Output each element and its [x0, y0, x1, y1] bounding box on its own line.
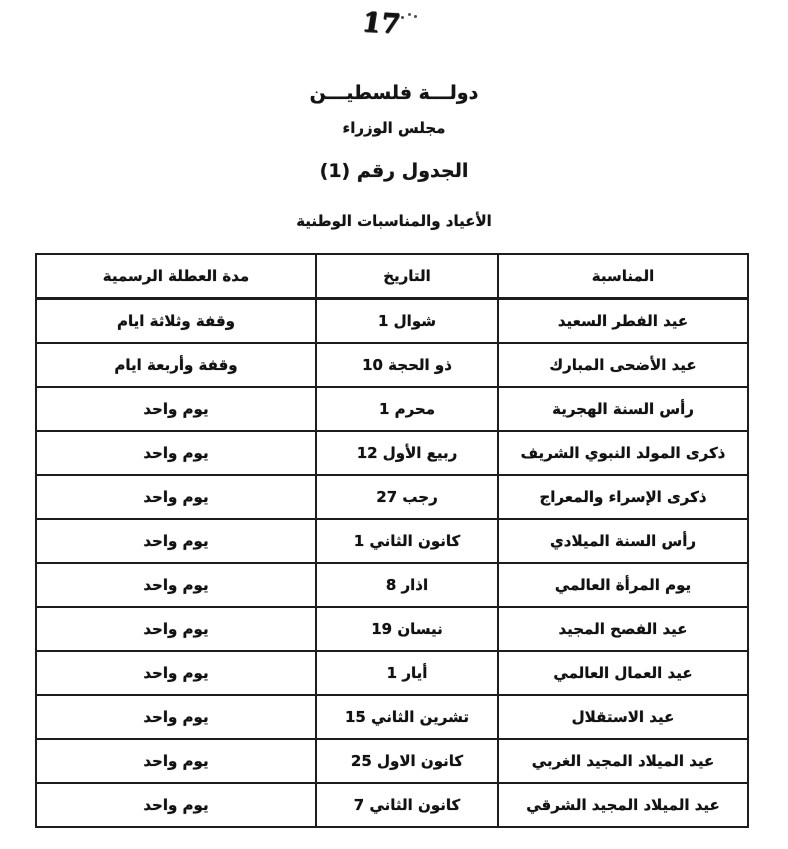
duration-cell: يوم واحد	[36, 475, 316, 519]
occasion-cell: عيد الأضحى المبارك	[498, 343, 748, 387]
page-number-mark: 17	[360, 7, 402, 40]
duration-cell: يوم واحد	[36, 563, 316, 607]
date-cell: 8 اذار	[316, 563, 498, 607]
table-header-row: المناسبة التاريخ مدة العطلة الرسمية	[36, 254, 748, 299]
col-header-date: التاريخ	[316, 254, 498, 299]
date-cell: 19 نيسان	[316, 607, 498, 651]
duration-cell: يوم واحد	[36, 739, 316, 783]
duration-cell: وقفة وأربعة ايام	[36, 343, 316, 387]
table-row: يوم المرأة العالمي 8 اذار يوم واحد	[36, 563, 748, 607]
occasion-cell: ذكرى الإسراء والمعراج	[498, 475, 748, 519]
col-header-duration: مدة العطلة الرسمية	[36, 254, 316, 299]
state-title: دولـــة فلسطيـــن	[0, 82, 788, 104]
scanned-document-page: 17 دولـــة فلسطيـــن مجلس الوزراء الجدول…	[0, 0, 788, 849]
occasion-cell: عيد الفطر السعيد	[498, 299, 748, 344]
duration-cell: يوم واحد	[36, 431, 316, 475]
occasion-cell: رأس السنة الميلادي	[498, 519, 748, 563]
date-cell: 1 أيار	[316, 651, 498, 695]
occasion-cell: رأس السنة الهجرية	[498, 387, 748, 431]
table-row: عيد الاستقلال 15 تشرين الثاني يوم واحد	[36, 695, 748, 739]
table-row: عيد العمال العالمي 1 أيار يوم واحد	[36, 651, 748, 695]
table-row: عيد الأضحى المبارك 10 ذو الحجة وقفة وأرب…	[36, 343, 748, 387]
table-row: ذكرى المولد النبوي الشريف 12 ربيع الأول …	[36, 431, 748, 475]
date-cell: 1 شوال	[316, 299, 498, 344]
date-cell: 25 كانون الاول	[316, 739, 498, 783]
holidays-table: المناسبة التاريخ مدة العطلة الرسمية عيد …	[35, 253, 749, 828]
occasion-cell: عيد الفصح المجيد	[498, 607, 748, 651]
duration-cell: يوم واحد	[36, 695, 316, 739]
table-row: عيد الفصح المجيد 19 نيسان يوم واحد	[36, 607, 748, 651]
table-row: عيد الميلاد المجيد الشرقي 7 كانون الثاني…	[36, 783, 748, 827]
date-cell: 7 كانون الثاني	[316, 783, 498, 827]
date-cell: 10 ذو الحجة	[316, 343, 498, 387]
duration-cell: وقفة وثلاثة ايام	[36, 299, 316, 344]
date-cell: 15 تشرين الثاني	[316, 695, 498, 739]
table-number-heading: الجدول رقم (1)	[0, 160, 788, 182]
duration-cell: يوم واحد	[36, 651, 316, 695]
duration-cell: يوم واحد	[36, 519, 316, 563]
duration-cell: يوم واحد	[36, 607, 316, 651]
table-row: عيد الميلاد المجيد الغربي 25 كانون الاول…	[36, 739, 748, 783]
table-row: رأس السنة الهجرية 1 محرم يوم واحد	[36, 387, 748, 431]
council-title: مجلس الوزراء	[0, 119, 788, 137]
occasion-cell: يوم المرأة العالمي	[498, 563, 748, 607]
date-cell: 1 محرم	[316, 387, 498, 431]
occasion-cell: عيد الميلاد المجيد الغربي	[498, 739, 748, 783]
duration-cell: يوم واحد	[36, 783, 316, 827]
occasion-cell: عيد الاستقلال	[498, 695, 748, 739]
date-cell: 12 ربيع الأول	[316, 431, 498, 475]
date-cell: 1 كانون الثاني	[316, 519, 498, 563]
date-cell: 27 رجب	[316, 475, 498, 519]
scan-noise-dots	[401, 16, 404, 19]
occasion-cell: عيد العمال العالمي	[498, 651, 748, 695]
table-title-heading: الأعياد والمناسبات الوطنية	[0, 212, 788, 230]
table-row: عيد الفطر السعيد 1 شوال وقفة وثلاثة ايام	[36, 299, 748, 344]
col-header-occasion: المناسبة	[498, 254, 748, 299]
duration-cell: يوم واحد	[36, 387, 316, 431]
table-row: ذكرى الإسراء والمعراج 27 رجب يوم واحد	[36, 475, 748, 519]
occasion-cell: ذكرى المولد النبوي الشريف	[498, 431, 748, 475]
occasion-cell: عيد الميلاد المجيد الشرقي	[498, 783, 748, 827]
table-row: رأس السنة الميلادي 1 كانون الثاني يوم وا…	[36, 519, 748, 563]
